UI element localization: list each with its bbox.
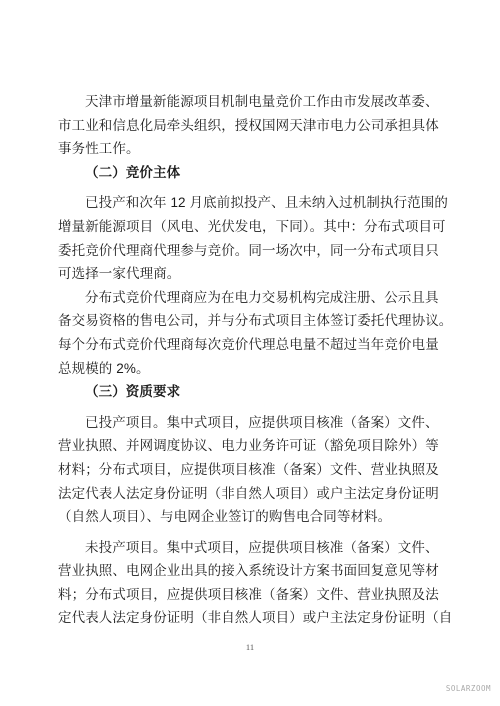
text-line: （自然人项目）、与电网企业签订的购售电合同等材料。 — [58, 505, 442, 529]
text-line: 营业执照、电网企业出具的接入系统设计方案书面回复意见等材 — [58, 559, 442, 583]
text-line: 营业执照、并网调度协议、电力业务许可证（豁免项目除外）等 — [58, 434, 442, 458]
section-heading-qualification: （三）资质要求 — [58, 380, 442, 404]
watermark-label: SOLARZOOM — [446, 684, 491, 693]
text-line: 委托竞价代理商代理参与竞价。同一场次中，同一分布式项目只 — [58, 239, 442, 263]
text-line: 材料；分布式项目，应提供项目核准（备案）文件、营业执照及 — [58, 458, 442, 482]
text-line: 天津市增量新能源项目机制电量竞价工作由市发展改革委、 — [58, 90, 442, 114]
text-line: 法定代表人法定身份证明（非自然人项目）或户主法定身份证明 — [58, 482, 442, 506]
section-heading-bidding-subject: （二）竞价主体 — [58, 161, 442, 185]
paragraph-commissioned-projects: 已投产项目。集中式项目，应提供项目核准（备案）文件、 营业执照、并网调度协议、电… — [58, 411, 442, 529]
text-line: 未投产项目。集中式项目，应提供项目核准（备案）文件、 — [58, 536, 442, 560]
heading-text: （二）竞价主体 — [58, 161, 442, 185]
text-line: 市工业和信息化局牵头组织，授权国网天津市电力公司承担具体 — [58, 114, 442, 138]
document-body: 天津市增量新能源项目机制电量竞价工作由市发展改革委、 市工业和信息化局牵头组织，… — [58, 90, 442, 630]
text-line: 备交易资格的售电公司，并与分布式项目主体签订委托代理协议。 — [58, 309, 442, 333]
text-line: 已投产和次年 12 月底前拟投产、且未纳入过机制执行范围的 — [58, 191, 442, 215]
text-line: 定代表人法定身份证明（非自然人项目）或户主法定身份证明（自 — [58, 606, 442, 630]
text-line: 已投产项目。集中式项目，应提供项目核准（备案）文件、 — [58, 411, 442, 435]
document-page: 天津市增量新能源项目机制电量竞价工作由市发展改革委、 市工业和信息化局牵头组织，… — [0, 0, 500, 706]
paragraph-bidding-subject: 已投产和次年 12 月底前拟投产、且未纳入过机制执行范围的 增量新能源项目（风电… — [58, 191, 442, 285]
text-line: 料；分布式项目，应提供项目核准（备案）文件、营业执照及法 — [58, 583, 442, 607]
paragraph-agent-rules: 分布式竞价代理商应为在电力交易机构完成注册、公示且具 备交易资格的售电公司，并与… — [58, 286, 442, 380]
text-line: 每个分布式竞价代理商每次竞价代理总电量不超过当年竞价电量 — [58, 333, 442, 357]
text-line: 事务性工作。 — [58, 137, 442, 161]
text-line: 总规模的 2%。 — [58, 357, 442, 381]
heading-text: （三）资质要求 — [58, 380, 442, 404]
paragraph-uncommissioned-projects: 未投产项目。集中式项目，应提供项目核准（备案）文件、 营业执照、电网企业出具的接… — [58, 536, 442, 630]
page-number: 11 — [0, 642, 500, 652]
paragraph-intro: 天津市增量新能源项目机制电量竞价工作由市发展改革委、 市工业和信息化局牵头组织，… — [58, 90, 442, 161]
text-line: 分布式竞价代理商应为在电力交易机构完成注册、公示且具 — [58, 286, 442, 310]
text-line: 可选择一家代理商。 — [58, 262, 442, 286]
text-line: 增量新能源项目（风电、光伏发电，下同）。其中：分布式项目可 — [58, 215, 442, 239]
